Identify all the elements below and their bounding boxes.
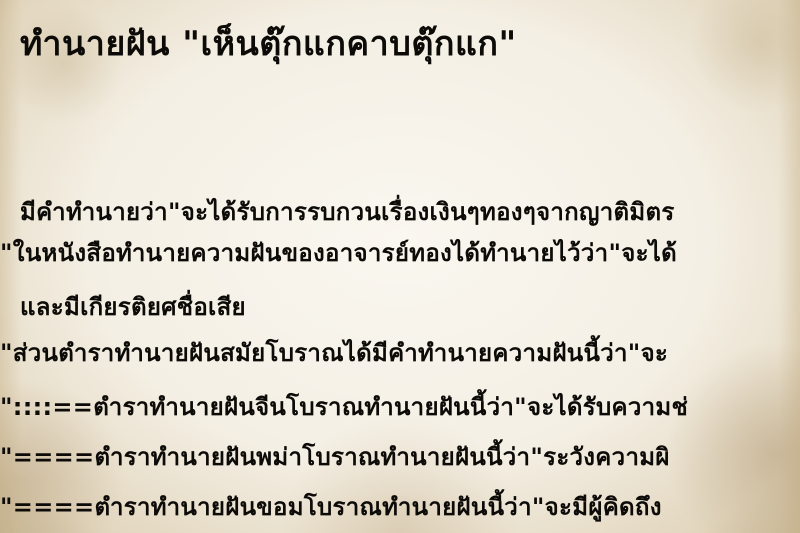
paragraph-line: และมีเกียรติยศชื่อเสีย [20, 287, 246, 326]
page-title: ทำนายฝัน "เห็นตุ๊กแกคาบตุ๊กแก" [20, 16, 517, 70]
paragraph-line: "ในหนังสือทำนายความฝันของอาจารย์ทองได้ทำ… [0, 233, 677, 272]
paragraph-line: "====ตำราทำนายฝันพม่าโบราณทำนายฝันนี้ว่า… [0, 437, 670, 476]
paragraph-line: "::::==ตำราทำนายฝันจีนโบราณทำนายฝันนี้ว่… [0, 387, 688, 426]
paragraph-line: มีคำทำนายว่า"จะได้รับการรบกวนเรื่องเงินๆ… [20, 192, 675, 231]
dream-interpretation-page: ทำนายฝัน "เห็นตุ๊กแกคาบตุ๊กแก" มีคำทำนาย… [0, 0, 800, 533]
paragraph-line: "ส่วนตำราทำนายฝันสมัยโบราณได้มีคำทำนายคว… [0, 333, 668, 372]
paragraph-line: "====ตำราทำนายฝันขอมโบราณทำนายฝันนี้ว่า"… [0, 487, 662, 526]
